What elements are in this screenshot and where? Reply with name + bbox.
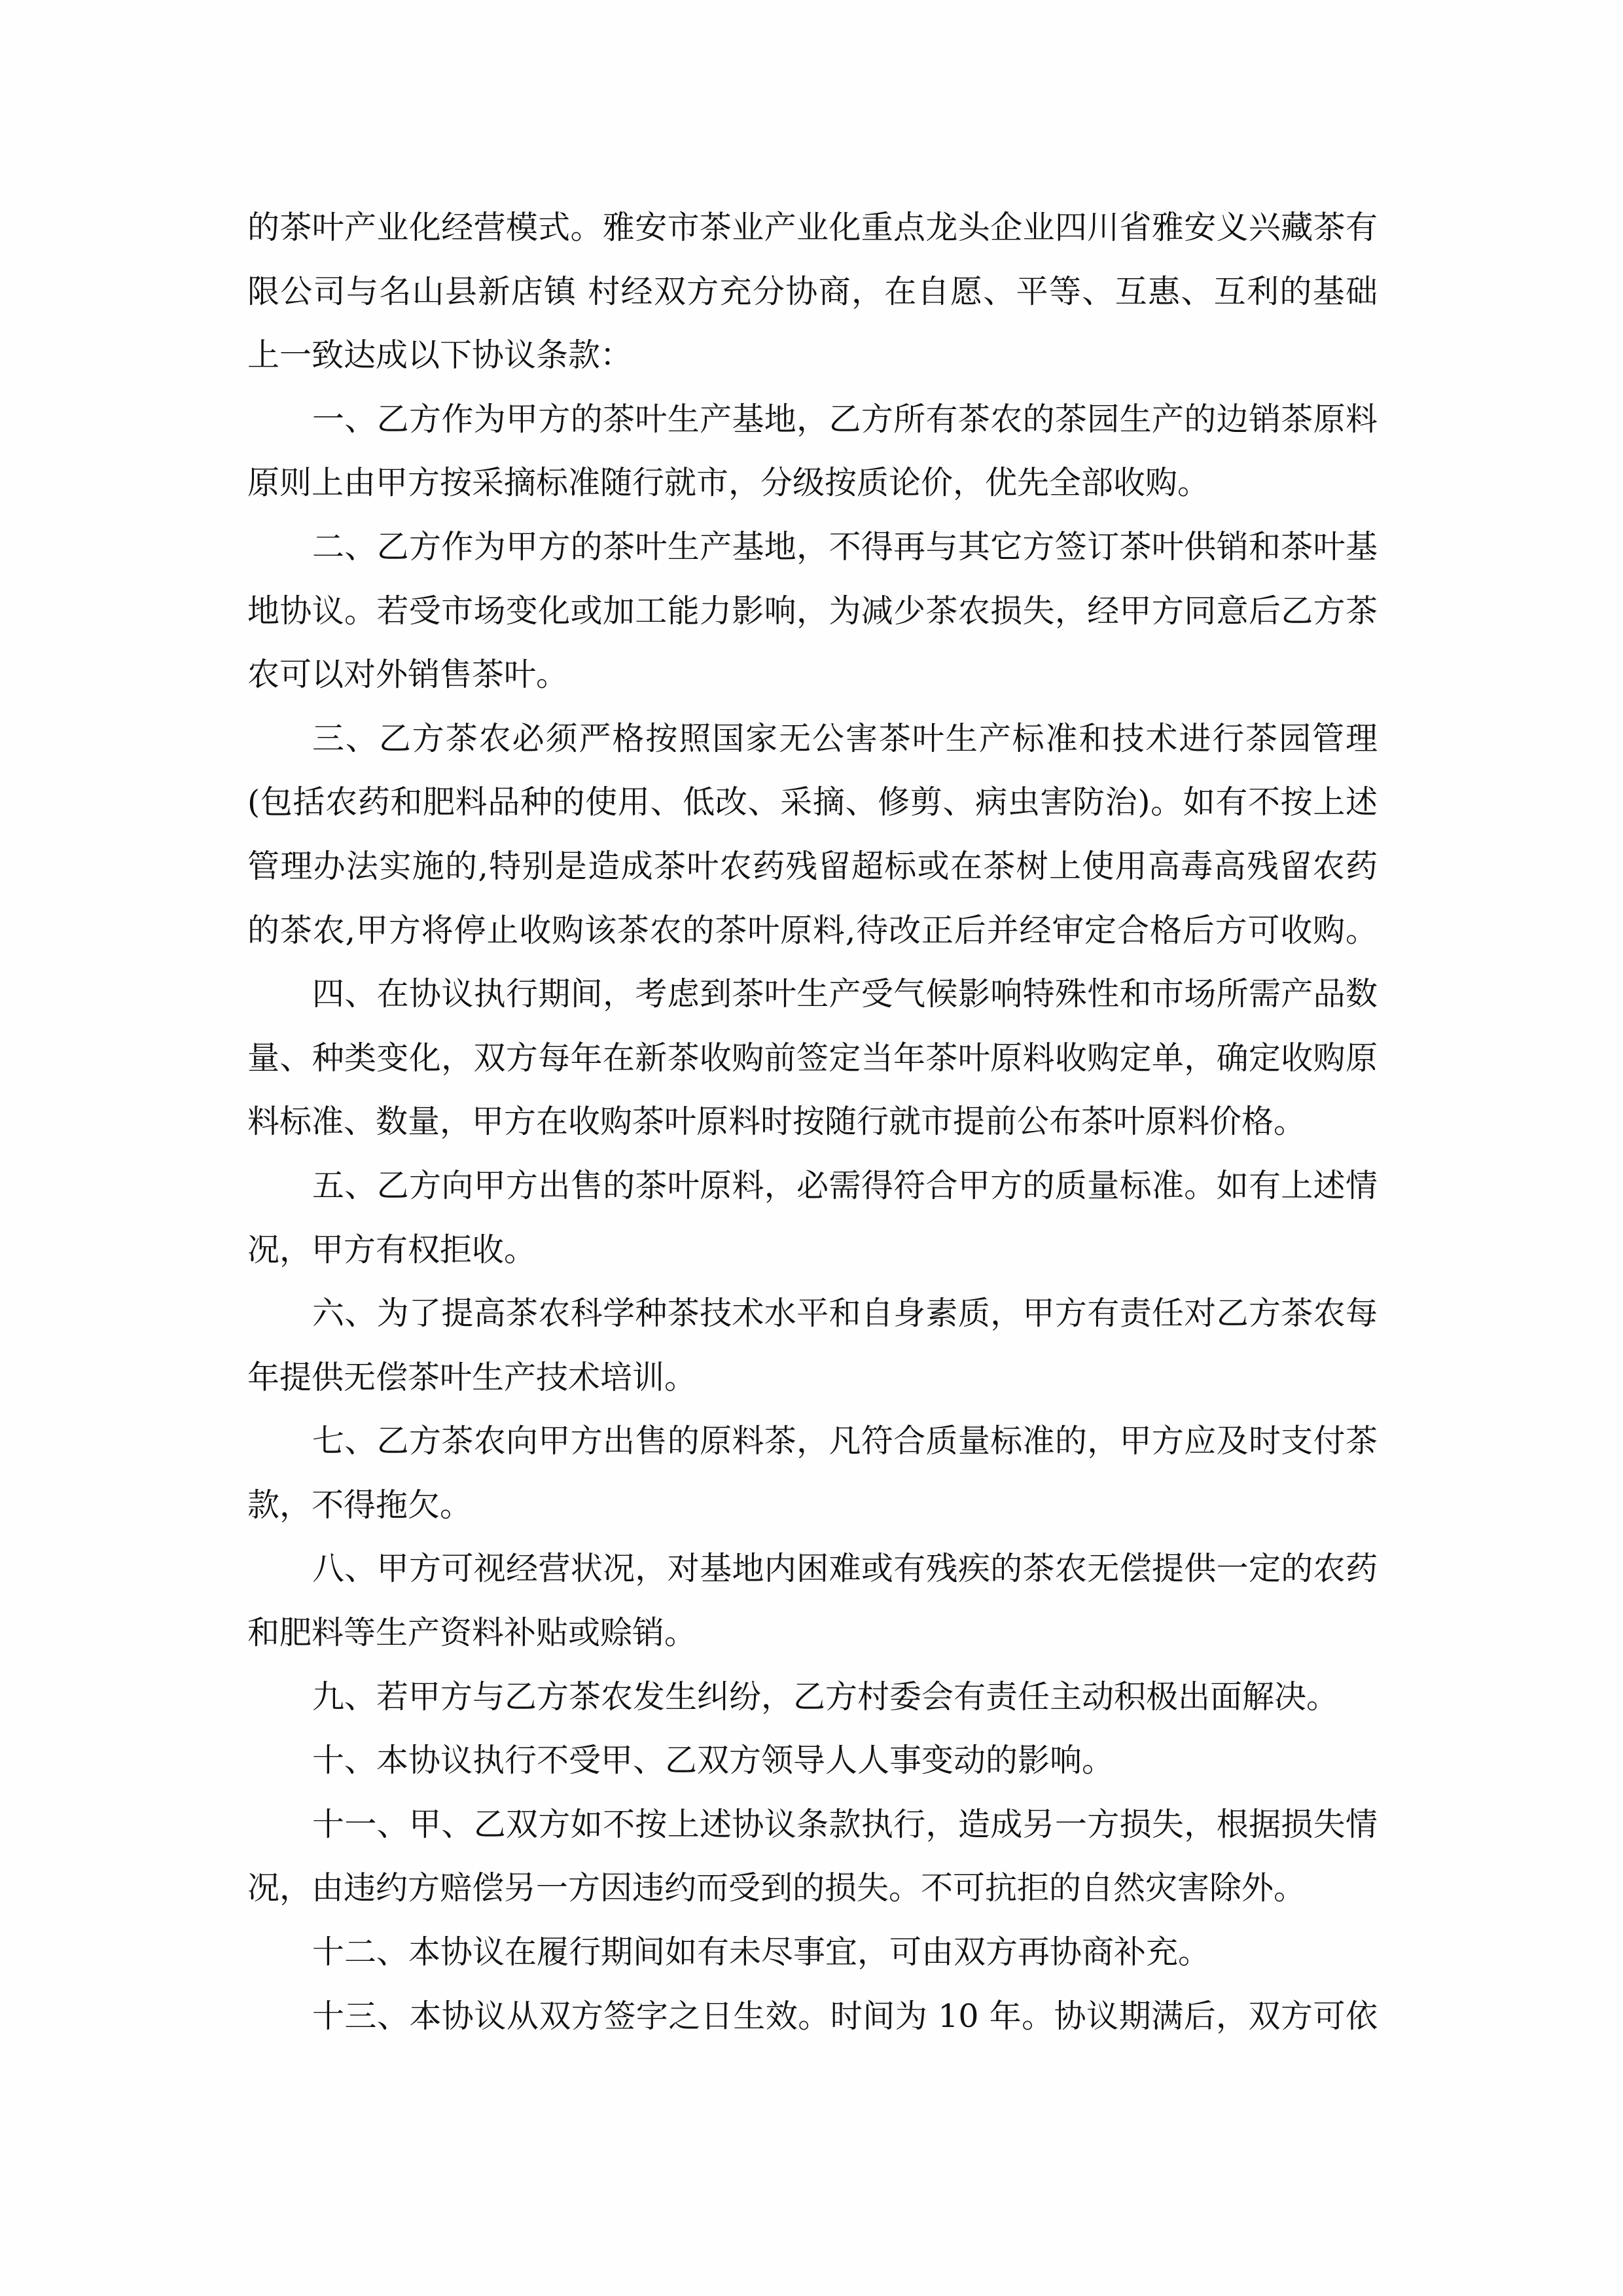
text-line: 管理办法实施的,特别是造成茶叶农药残留超标或在茶树上使用高毒高残留农药 bbox=[247, 850, 1378, 914]
text-line: 况，由违约方赔偿另一方因违约而受到的损失。不可抗拒的自然灾害除外。 bbox=[247, 1871, 1378, 1935]
text-line: 料标准、数量，甲方在收购茶叶原料时按随行就市提前公布茶叶原料价格。 bbox=[247, 1105, 1378, 1169]
document-page: 的茶叶产业化经营模式。雅安市茶业产业化重点龙头企业四川省雅安义兴藏茶有 限公司与… bbox=[0, 0, 1623, 2296]
clause-10-line: 十、本协议执行不受甲、乙双方领导人人事变动的影响。 bbox=[247, 1744, 1378, 1808]
text-line: 农可以对外销售茶叶。 bbox=[247, 658, 1378, 722]
clause-6-heading-line: 六、为了提高茶农科学种茶技术水平和自身素质，甲方有责任对乙方茶农每 bbox=[247, 1297, 1378, 1361]
clause-13-heading-line: 十三、本协议从双方签字之日生效。时间为 10 年。协议期满后，双方可依 bbox=[247, 2000, 1378, 2064]
text-line: 的茶叶产业化经营模式。雅安市茶业产业化重点龙头企业四川省雅安义兴藏茶有 bbox=[247, 211, 1378, 275]
text-line: 原则上由甲方按采摘标准随行就市，分级按质论价，优先全部收购。 bbox=[247, 466, 1378, 530]
clause-2-heading-line: 二、乙方作为甲方的茶叶生产基地，不得再与其它方签订茶叶供销和茶叶基 bbox=[247, 530, 1378, 594]
text-line: 的茶农,甲方将停止收购该茶农的茶叶原料,待改正后并经审定合格后方可收购。 bbox=[247, 914, 1378, 978]
clause-7-heading-line: 七、乙方茶农向甲方出售的原料茶，凡符合质量标准的，甲方应及时支付茶 bbox=[247, 1424, 1378, 1488]
text-line: (包括农药和肥料品种的使用、低改、采摘、修剪、病虫害防治)。如有不按上述 bbox=[247, 785, 1378, 850]
clause-11-heading-line: 十一、甲、乙双方如不按上述协议条款执行，造成另一方损失，根据损失情 bbox=[247, 1808, 1378, 1872]
text-line: 款，不得拖欠。 bbox=[247, 1488, 1378, 1552]
clause-9-line: 九、若甲方与乙方茶农发生纠纷，乙方村委会有责任主动积极出面解决。 bbox=[247, 1680, 1378, 1744]
text-line: 限公司与名山县新店镇 村经双方充分协商，在自愿、平等、互惠、互利的基础 bbox=[247, 275, 1378, 339]
text-line: 量、种类变化，双方每年在新茶收购前签定当年茶叶原料收购定单，确定收购原 bbox=[247, 1041, 1378, 1105]
clause-12-line: 十二、本协议在履行期间如有未尽事宜，可由双方再协商补充。 bbox=[247, 1935, 1378, 2000]
text-line: 况，甲方有权拒收。 bbox=[247, 1233, 1378, 1297]
clause-4-heading-line: 四、在协议执行期间，考虑到茶叶生产受气候影响特殊性和市场所需产品数 bbox=[247, 977, 1378, 1041]
text-line: 年提供无偿茶叶生产技术培训。 bbox=[247, 1361, 1378, 1425]
clause-3-heading-line: 三、乙方茶农必须严格按照国家无公害茶叶生产标准和技术进行茶园管理 bbox=[247, 722, 1378, 786]
clause-1-heading-line: 一、乙方作为甲方的茶叶生产基地，乙方所有茶农的茶园生产的边销茶原料 bbox=[247, 403, 1378, 467]
clause-8-heading-line: 八、甲方可视经营状况，对基地内困难或有残疾的茶农无偿提供一定的农药 bbox=[247, 1552, 1378, 1616]
text-line: 上一致达成以下协议条款： bbox=[247, 338, 1378, 403]
clause-5-heading-line: 五、乙方向甲方出售的茶叶原料，必需得符合甲方的质量标准。如有上述情 bbox=[247, 1169, 1378, 1233]
agreement-body-text: 的茶叶产业化经营模式。雅安市茶业产业化重点龙头企业四川省雅安义兴藏茶有 限公司与… bbox=[247, 211, 1378, 2063]
text-line: 地协议。若受市场变化或加工能力影响，为减少茶农损失，经甲方同意后乙方茶 bbox=[247, 594, 1378, 658]
text-line: 和肥料等生产资料补贴或赊销。 bbox=[247, 1616, 1378, 1680]
